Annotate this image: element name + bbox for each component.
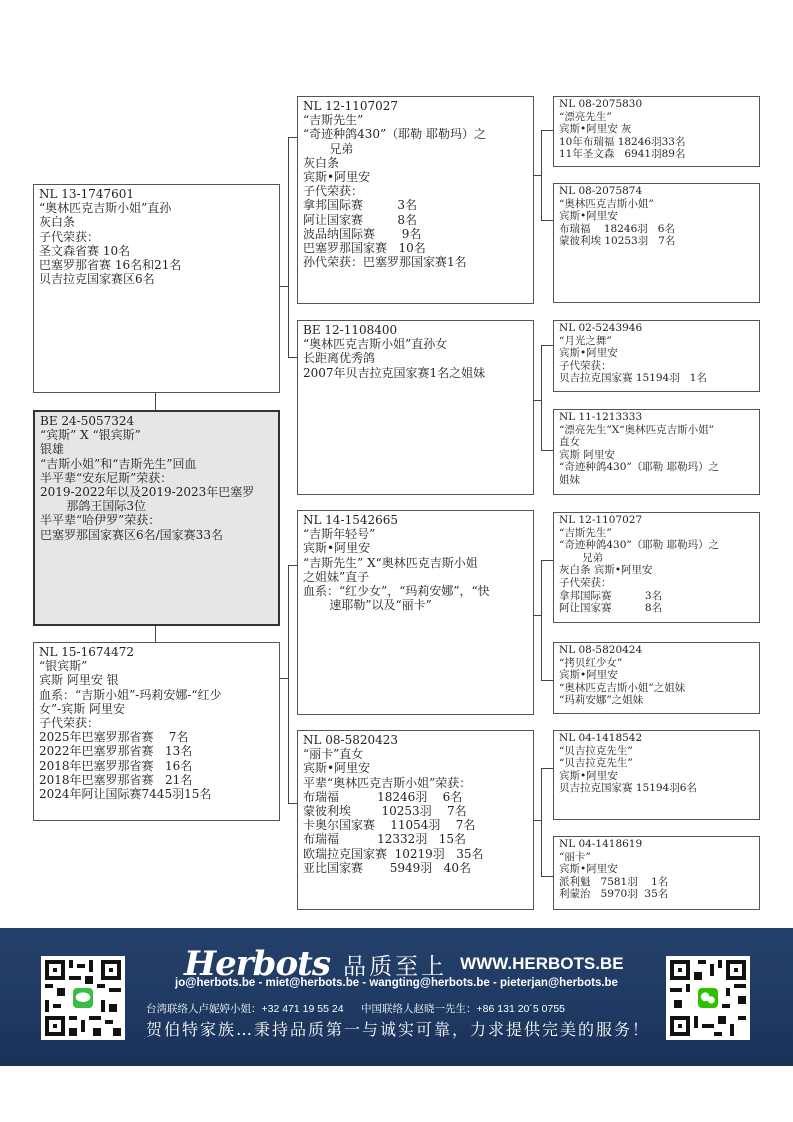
connector: [288, 565, 289, 803]
info-line: 子代荣获：: [559, 360, 754, 373]
connector: [279, 678, 288, 679]
result-line: 2019-2022年以及2019-2023年巴塞罗: [40, 485, 273, 499]
ring-number: NL 08-5820423: [303, 733, 528, 747]
connector: [541, 560, 553, 561]
connector: [541, 680, 553, 681]
connector: [541, 768, 553, 769]
info-line: “月光之舞”: [559, 335, 754, 348]
connector: [541, 130, 542, 220]
result-line: 阿让国家赛 8名: [303, 213, 528, 227]
result-line: 11年圣文森 6941羽89名: [559, 148, 754, 161]
result-line: 亚比国家赛 5949羽 40名: [303, 861, 528, 875]
info-line: “宾斯” X “银宾斯”: [40, 428, 273, 442]
info-line: 灰白条 宾斯•阿里安: [559, 564, 754, 577]
result-line: 2018年巴塞罗那省赛 21名: [39, 773, 274, 787]
website-link[interactable]: WWW.HERBOTS.BE: [460, 954, 623, 973]
result-line: 蒙彼利埃 10253羽 7名: [559, 235, 754, 248]
dam-sire-card: NL 14-1542665 “吉斯年轻号” 宾斯•阿里安 “吉斯先生” X“奥林…: [297, 510, 534, 715]
info-line: 血系：“吉斯小姐”-玛莉安娜-“红少: [39, 688, 274, 702]
ancestor-card: NL 08-2075874 “奥林匹克吉斯小姐” 宾斯•阿里安 布瑞福 1824…: [553, 183, 760, 303]
ring-number: NL 12-1107027: [559, 514, 754, 527]
ancestor-card: NL 02-5243946 “月光之舞” 宾斯•阿里安 子代荣获： 贝吉拉克国家…: [553, 320, 760, 392]
connector: [541, 876, 553, 877]
result-line: 巴塞罗那省赛 16名和21名: [39, 258, 274, 272]
info-line: 子代荣获：: [39, 716, 274, 730]
result-line: 布瑞福 12332羽 15名: [303, 832, 528, 846]
info-line: 宾斯•阿里安: [559, 863, 754, 876]
info-line: “贝吉拉克先生”: [559, 745, 754, 758]
ring-number: NL 14-1542665: [303, 513, 528, 527]
info-line: “吉斯年轻号”: [303, 527, 528, 541]
connector: [541, 450, 553, 451]
info-line: “漂亮先生”X“奥林匹克吉斯小姐”: [559, 424, 754, 437]
info-line: “银宾斯”: [39, 659, 274, 673]
info-line: 速耶勒”以及“丽卡”: [303, 598, 528, 612]
ring-number: NL 04-1418619: [559, 838, 754, 851]
info-line: “丽卡”直女: [303, 747, 528, 761]
result-line: 10年布瑞福 18246羽33名: [559, 136, 754, 149]
info-line: 子代荣获：: [39, 230, 274, 244]
phone-contacts: 台湾联络人卢妮婷小姐：+32 471 19 55 24 中国联络人赵晓一先生：+…: [146, 1001, 666, 1016]
result-line: 拿邦国际赛 3名: [303, 198, 528, 212]
ancestor-card: NL 04-1418619 “丽卡” 宾斯•阿里安 派利魁 7581羽 1名 利…: [553, 836, 760, 910]
line-qr-code[interactable]: [41, 956, 125, 1040]
info-line: “吉斯小姐”和“吉斯先生”回血: [40, 457, 273, 471]
connector: [541, 345, 542, 450]
ancestor-card: NL 11-1213333 “漂亮先生”X“奥林匹克吉斯小姐” 直女 宾斯 阿里…: [553, 409, 760, 495]
info-line: 长距离优秀鸽: [303, 351, 528, 365]
ring-number: BE 24-5057324: [40, 414, 273, 428]
info-line: “奥林匹克吉斯小姐”直孙: [39, 201, 274, 215]
color-line: 灰白条: [303, 156, 528, 170]
qr-code-icon: [41, 956, 125, 1040]
sire-sire-card: NL 12-1107027 “吉斯先生” “奇迹种鸽430”（耶勒 耶勒玛）之 …: [297, 96, 534, 304]
ring-number: NL 12-1107027: [303, 99, 528, 113]
result-line: 波品纳国际赛 9名: [303, 227, 528, 241]
result-line: 利蒙治 5970羽 35名: [559, 888, 754, 901]
email-contacts[interactable]: jo@herbots.be - miet@herbots.be - wangti…: [0, 977, 793, 989]
info-line: “漂亮先生”: [559, 111, 754, 124]
info-line: “吉斯先生”: [303, 113, 528, 127]
ring-number: NL 08-5820424: [559, 644, 754, 657]
info-line: “贝吉拉克先生”: [559, 757, 754, 770]
ring-number: NL 15-1674472: [39, 645, 274, 659]
result-line: 阿让国家赛 8名: [559, 602, 754, 615]
ancestor-card: NL 12-1107027 “吉斯先生” “奇迹种鸽430”（耶勒 耶勒玛）之 …: [553, 512, 760, 623]
color-line: 灰白条: [39, 215, 274, 229]
dam-card: NL 15-1674472 “银宾斯” 宾斯 阿里安 银 血系：“吉斯小姐”-玛…: [33, 642, 280, 821]
connector: [533, 175, 541, 176]
connector: [155, 625, 156, 642]
result-line: 蒙彼利埃 10253羽 7名: [303, 804, 528, 818]
connector: [541, 345, 553, 346]
info-line: 子代荣获：: [303, 184, 528, 198]
ring-number: NL 04-1418542: [559, 732, 754, 745]
result-line: 2024年阿让国际赛7445羽15名: [39, 787, 274, 801]
result-line: 2007年贝吉拉克国家赛1名之姐妹: [303, 366, 528, 380]
result-line: 2025年巴塞罗那省赛 7名: [39, 730, 274, 744]
info-line: “丽卡”: [559, 851, 754, 864]
info-line: 半平辈“安东尼斯”荣获：: [40, 471, 273, 485]
ancestor-card: NL 08-2075830 “漂亮先生” 宾斯•阿里安 灰 10年布瑞福 182…: [553, 96, 760, 167]
ancestor-card: NL 04-1418542 “贝吉拉克先生” “贝吉拉克先生” 宾斯•阿里安 贝…: [553, 730, 760, 820]
info-line: “奇迹种鸽430”（耶勒 耶勒玛）之: [559, 539, 754, 552]
result-line: 欧瑞拉克国家赛 10219羽 35名: [303, 847, 528, 861]
info-line: 宾斯•阿里安: [559, 770, 754, 783]
result-line: 那鸽王国际3位: [40, 499, 273, 513]
connector: [288, 565, 297, 566]
info-line: 兄弟: [559, 552, 754, 565]
connector: [541, 768, 542, 876]
connector: [533, 615, 541, 616]
info-line: 银雄: [40, 442, 273, 456]
qr-code-icon: [666, 956, 750, 1040]
sire-card: NL 13-1747601 “奥林匹克吉斯小姐”直孙 灰白条 子代荣获： 圣文森…: [33, 184, 280, 393]
info-line: 女”-宾斯 阿里安: [39, 702, 274, 716]
result-line: 巴塞罗那国家赛 10名: [303, 241, 528, 255]
result-line: 贝吉拉克国家赛区6名: [39, 272, 274, 286]
result-line: 2018年巴塞罗那省赛 16名: [39, 759, 274, 773]
result-line: 圣文森省赛 10名: [39, 244, 274, 258]
info-line: 宾斯•阿里安: [559, 669, 754, 682]
ancestor-card: NL 08-5820424 “拷贝红少女” 宾斯•阿里安 “奥林匹克吉斯小姐”之…: [553, 642, 760, 714]
motto: 贺伯特家族…秉持品质第一与诚实可靠，力求提供完美的服务！: [146, 1017, 666, 1040]
wechat-qr-code[interactable]: [666, 956, 750, 1040]
result-line: 巴塞罗那国家赛区6名/国家赛33名: [40, 528, 273, 542]
slogan: 品质至上: [343, 954, 447, 980]
result-line: 卡奥尔国家赛 11054羽 7名: [303, 818, 528, 832]
connector: [541, 130, 553, 131]
result-line: 拿邦国际赛 3名: [559, 590, 754, 603]
subject-card: BE 24-5057324 “宾斯” X “银宾斯” 银雄 “吉斯小姐”和“吉斯…: [33, 410, 280, 626]
info-line: “玛莉安娜”之姐妹: [559, 694, 754, 707]
info-line: “奇迹种鸽430”（耶勒 耶勒玛）之: [303, 127, 528, 141]
info-line: 姐妹: [559, 474, 754, 487]
info-line: 半平辈“哈伊罗”荣获：: [40, 513, 273, 527]
connector: [288, 137, 297, 138]
info-line: 宾斯•阿里安: [303, 761, 528, 775]
info-line: 之姐妹”直子: [303, 570, 528, 584]
info-line: “吉斯先生”: [559, 527, 754, 540]
info-line: “奥林匹克吉斯小姐”之姐妹: [559, 682, 754, 695]
ring-number: NL 13-1747601: [39, 187, 274, 201]
info-line: “奥林匹克吉斯小姐”: [559, 198, 754, 211]
result-line: 布瑞福 18246羽 6名: [559, 223, 754, 236]
result-line: 孙代荣获：巴塞罗那国家赛1名: [303, 255, 528, 269]
info-line: 直女: [559, 436, 754, 449]
result-line: 布瑞福 18246羽 6名: [303, 790, 528, 804]
info-line: 子代荣获：: [559, 577, 754, 590]
info-line: “奥林匹克吉斯小姐”直孙女: [303, 337, 528, 351]
result-line: 派利魁 7581羽 1名: [559, 876, 754, 889]
info-line: “奇迹种鸽430”（耶勒 耶勒玛）之: [559, 461, 754, 474]
info-line: “拷贝红少女”: [559, 657, 754, 670]
ring-number: NL 02-5243946: [559, 322, 754, 335]
info-line: 血系：“红少女”，“玛莉安娜”，“快: [303, 584, 528, 598]
info-line: 宾斯•阿里安: [559, 210, 754, 223]
ring-number: NL 08-2075874: [559, 185, 754, 198]
result-line: 贝吉拉克国家赛 15194羽6名: [559, 782, 754, 795]
connector: [541, 220, 553, 221]
info-line: 宾斯 阿里安 银: [39, 673, 274, 687]
result-line: 2022年巴塞罗那省赛 13名: [39, 744, 274, 758]
dam-dam-card: NL 08-5820423 “丽卡”直女 宾斯•阿里安 平辈“奥林匹克吉斯小姐”…: [297, 730, 534, 910]
sire-dam-card: BE 12-1108400 “奥林匹克吉斯小姐”直孙女 长距离优秀鸽 2007年…: [297, 320, 534, 495]
connector: [288, 137, 289, 357]
connector: [533, 400, 541, 401]
ring-number: NL 11-1213333: [559, 411, 754, 424]
connector: [541, 560, 542, 680]
info-line: 宾斯•阿里安 灰: [559, 123, 754, 136]
ring-number: NL 08-2075830: [559, 98, 754, 111]
info-line: 宾斯•阿里安: [303, 170, 528, 184]
info-line: 宾斯•阿里安: [303, 541, 528, 555]
connector: [288, 357, 297, 358]
result-line: 贝吉拉克国家赛 15194羽 1名: [559, 372, 754, 385]
info-line: 平辈“奥林匹克吉斯小姐”荣获：: [303, 776, 528, 790]
info-line: 兄弟: [303, 142, 528, 156]
connector: [155, 392, 156, 410]
footer-banner: Herbots 品质至上 WWW.HERBOTS.BE: [0, 928, 793, 1066]
info-line: “吉斯先生” X“奥林匹克吉斯小姐: [303, 556, 528, 570]
info-line: 宾斯 阿里安: [559, 449, 754, 462]
connector: [279, 286, 288, 287]
ring-number: BE 12-1108400: [303, 323, 528, 337]
connector: [533, 820, 541, 821]
connector: [288, 803, 297, 804]
info-line: 宾斯•阿里安: [559, 347, 754, 360]
